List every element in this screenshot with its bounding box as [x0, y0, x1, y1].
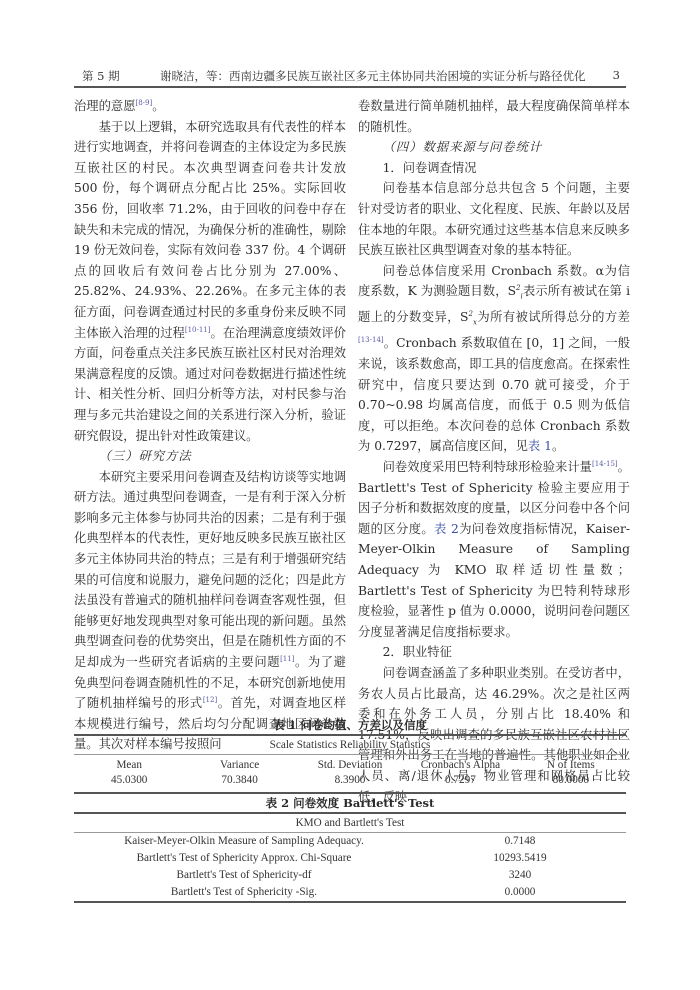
text: 问卷效度采用巴特利特球形检验来计量	[383, 460, 592, 474]
table-rule	[74, 901, 626, 903]
table-row: Bartlett's Test of Sphericity -Sig. 0.00…	[74, 884, 626, 901]
table-row: Kaiser-Meyer-Olkin Measure of Sampling A…	[74, 833, 626, 850]
subsection-heading: 2．职业特征	[358, 642, 630, 663]
table-cell: 70.3840	[184, 773, 294, 788]
running-header: 第 5 期 谢晓洁，等：西南边疆多民族互嵌社区多元主体协同共治困境的实证分析与路…	[74, 64, 626, 84]
section-heading: （四）数据来源与问卷统计	[358, 137, 630, 158]
citation[interactable]: [8-9]	[136, 99, 153, 107]
text: 为问卷效度指标情况，Kaiser-Meyer-Olkin Measure of …	[358, 522, 630, 639]
table-rule	[74, 792, 626, 794]
table-caption: Scale Statistics Reliability Statistics	[74, 736, 626, 754]
table-cell: 80.0000	[516, 773, 626, 788]
text: 。	[152, 99, 164, 113]
table-1-link[interactable]: 表 1	[528, 439, 552, 453]
column-header: Std. Deviation	[295, 758, 405, 773]
citation[interactable]: [11]	[280, 655, 294, 663]
column-header: Mean	[74, 758, 184, 773]
subsection-heading: 1．问卷调查情况	[358, 158, 630, 179]
table-cell: 0.7297	[405, 773, 515, 788]
paragraph: 治理的意愿[8-9]。	[74, 96, 346, 117]
table-rule	[74, 754, 626, 755]
left-column: 治理的意愿[8-9]。 基于以上逻辑，本研究选取具有代表性的样本进行实地调查，并…	[74, 96, 346, 755]
column-header: Variance	[184, 758, 294, 773]
citation[interactable]: [13-14]	[358, 336, 384, 344]
table-cell: 8.3900	[295, 773, 405, 788]
citation[interactable]: [14-15]	[592, 460, 618, 468]
citation[interactable]: [10-11]	[185, 326, 211, 334]
header-rule	[74, 86, 626, 88]
table-2-title: 表 2 问卷效度 Bartlett's Test	[74, 795, 626, 811]
table-row: Bartlett's Test of Sphericity Approx. Ch…	[74, 850, 626, 867]
table-cell: 10293.5419	[414, 850, 626, 867]
paragraph: 问卷效度采用巴特利特球形检验来计量[14-15]。Bartlett's Test…	[358, 457, 630, 642]
text: 治理的意愿	[74, 99, 136, 113]
table-1: Scale Statistics Reliability Statistics …	[74, 734, 626, 794]
table-2-link[interactable]: 表 2	[434, 522, 459, 536]
table-cell: Bartlett's Test of Sphericity -Sig.	[74, 884, 414, 901]
table-cell: Kaiser-Meyer-Olkin Measure of Sampling A…	[74, 833, 414, 850]
table-cell: 0.7148	[414, 833, 626, 850]
table-cell: Bartlett's Test of Sphericity-df	[74, 867, 414, 884]
paragraph: 卷数量进行简单随机抽样，最大程度确保简单样本的随机性。	[358, 96, 630, 137]
table-1-title: 表 1 问卷均值、方差以及信度	[74, 717, 626, 733]
text: 。Cronbach 系数取值在 [0，1] 之间，一般来说，该系数愈高，即工具的…	[358, 336, 630, 453]
table-2: KMO and Bartlett's Test Kaiser-Meyer-Olk…	[74, 812, 626, 903]
table-row: 45.0300 70.3840 8.3900 0.7297 80.0000	[74, 773, 626, 788]
text: 基于以上逻辑，本研究选取具有代表性的样本进行实地调查，并将问卷调查的主体设定为多…	[74, 120, 346, 340]
citation[interactable]: [12]	[203, 696, 217, 704]
page-number: 3	[613, 68, 620, 82]
text: 。	[552, 439, 564, 453]
table-header-row: Mean Variance Std. Deviation Cronbach's …	[74, 758, 626, 773]
table-cell: 0.0000	[414, 884, 626, 901]
paragraph: 问卷总体信度采用 Cronbach 系数。α为信度系数，K 为测验题目数，S2i…	[358, 261, 630, 457]
section-heading: （三）研究方法	[74, 446, 346, 467]
paragraph: 本研究主要采用问卷调查及结构访谈等实地调研方法。通过典型问卷调查，一是有利于深入…	[74, 467, 346, 755]
paragraph: 基于以上逻辑，本研究选取具有代表性的样本进行实地调查，并将问卷调查的主体设定为多…	[74, 117, 346, 447]
text: 为所有被试所得总分的方差	[477, 310, 630, 324]
issue-number: 第 5 期	[82, 68, 120, 84]
table-cell: 45.0300	[74, 773, 184, 788]
column-header: Cronbach's Alpha	[405, 758, 515, 773]
right-column: 卷数量进行简单随机抽样，最大程度确保简单样本的随机性。 （四）数据来源与问卷统计…	[358, 96, 630, 807]
table-cell: Bartlett's Test of Sphericity Approx. Ch…	[74, 850, 414, 867]
table-row: Bartlett's Test of Sphericity-df 3240	[74, 867, 626, 884]
text: 。在治理满意度绩效评价方面，问卷重点关注多民族互嵌社区村民对治理效果满意程度的反…	[74, 326, 346, 443]
table-cell: 3240	[414, 867, 626, 884]
column-header: N of Items	[516, 758, 626, 773]
text: 本研究主要采用问卷调查及结构访谈等实地调研方法。通过典型问卷调查，一是有利于深入…	[74, 470, 346, 669]
paragraph: 问卷基本信息部分总共包含 5 个问题，主要针对受访者的职业、文化程度、民族、年龄…	[358, 178, 630, 260]
table-caption: KMO and Bartlett's Test	[74, 814, 626, 832]
running-title: 谢晓洁，等：西南边疆多民族互嵌社区多元主体协同共治困境的实证分析与路径优化	[160, 68, 586, 84]
